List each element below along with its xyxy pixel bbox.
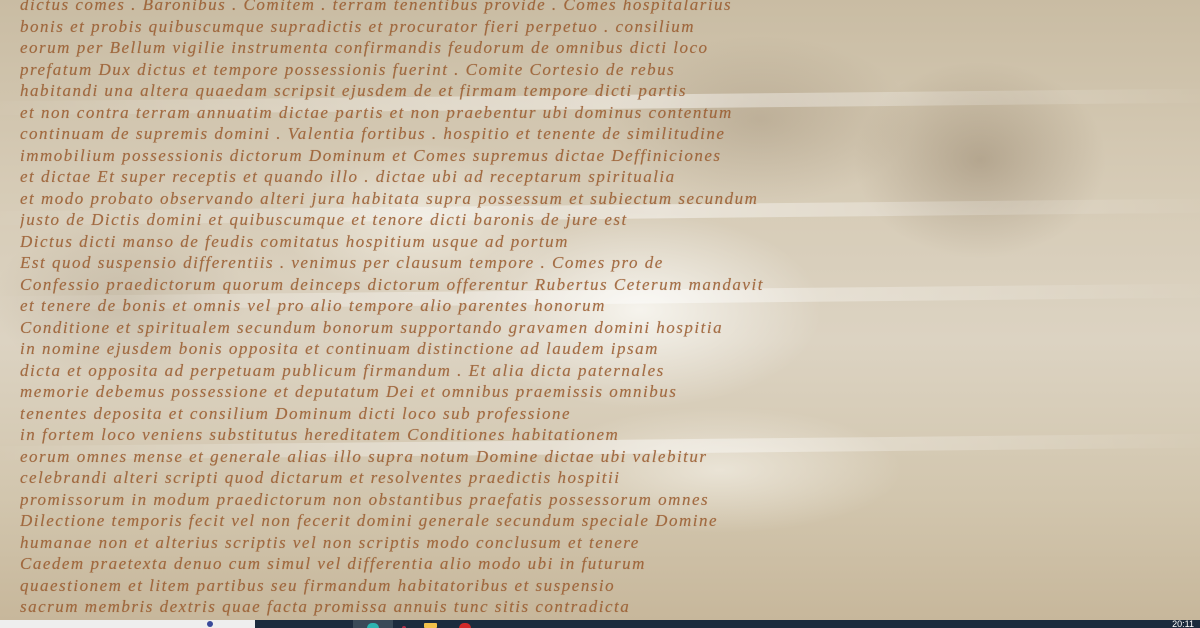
manuscript-line: in nomine ejusdem bonis opposita et cont… <box>20 338 1200 360</box>
manuscript-line: eorum per Bellum vigilie instrumenta con… <box>20 37 1200 59</box>
manuscript-line: Caedem praetexta denuo cum simul vel dif… <box>20 553 1200 575</box>
manuscript-line: Conditione et spiritualem secundum bonor… <box>20 317 1200 339</box>
manuscript-line: Dilectione temporis fecit vel non feceri… <box>20 510 1200 532</box>
manuscript-line: habitandi una altera quaedam scripsit ej… <box>20 80 1200 102</box>
manuscript-line: immobilium possessionis dictorum Dominum… <box>20 145 1200 167</box>
cortana-icon[interactable] <box>207 621 213 627</box>
taskbar-search-box[interactable] <box>0 620 255 628</box>
taskbar-app-file-explorer[interactable] <box>423 620 457 628</box>
manuscript-line: memorie debemus possessione et deputatum… <box>20 381 1200 403</box>
manuscript-line: humanae non et alterius scriptis vel non… <box>20 532 1200 554</box>
manuscript-line: et modo probato observando alteri jura h… <box>20 188 1200 210</box>
manuscript-line: justo de Dictis domini et quibuscumque e… <box>20 209 1200 231</box>
manuscript-line: et non contra terram annuatim dictae par… <box>20 102 1200 124</box>
opera-icon <box>459 623 471 628</box>
manuscript-line: bonis et probis quibuscumque supradictis… <box>20 16 1200 38</box>
edge-icon <box>367 623 379 628</box>
manuscript-line: tenentes deposita et consilium Dominum d… <box>20 403 1200 425</box>
manuscript-line: Confessio praedictorum quorum deinceps d… <box>20 274 1200 296</box>
manuscript-line: celebrandi alteri scripti quod dictarum … <box>20 467 1200 489</box>
manuscript-line: eorum omnes mense et generale alias illo… <box>20 446 1200 468</box>
manuscript-line: promissorum in modum praedictorum non ob… <box>20 489 1200 511</box>
manuscript-line: in fortem loco veniens substitutus hered… <box>20 424 1200 446</box>
manuscript-line: et tenere de bonis et omnis vel pro alio… <box>20 295 1200 317</box>
manuscript-line: prefatum Dux dictus et tempore possessio… <box>20 59 1200 81</box>
taskbar-app-generic[interactable] <box>393 620 423 628</box>
manuscript-line: dicta et opposita ad perpetuam publicum … <box>20 360 1200 382</box>
manuscript-line: quaestionem et litem partibus seu firman… <box>20 575 1200 597</box>
manuscript-text: dictus comes . Baronibus . Comitem . ter… <box>20 0 1200 618</box>
manuscript-line: Est quod suspensio differentiis . venimu… <box>20 252 1200 274</box>
manuscript-line: continuam de supremis domini . Valentia … <box>20 123 1200 145</box>
taskbar-app-opera[interactable] <box>457 620 487 628</box>
manuscript-line: Dictus dicti manso de feudis comitatus h… <box>20 231 1200 253</box>
file-explorer-icon <box>424 623 437 628</box>
manuscript-line: sacrum membris dextris quae facta promis… <box>20 596 1200 618</box>
taskbar-clock[interactable]: 20:11 <box>1172 619 1194 628</box>
taskbar-app-edge[interactable] <box>353 620 393 628</box>
manuscript-image-viewer: dictus comes . Baronibus . Comitem . ter… <box>0 0 1200 620</box>
manuscript-line: et dictae Et super receptis et quando il… <box>20 166 1200 188</box>
manuscript-line: dictus comes . Baronibus . Comitem . ter… <box>20 0 1200 16</box>
taskbar: 20:11 <box>0 620 1200 628</box>
